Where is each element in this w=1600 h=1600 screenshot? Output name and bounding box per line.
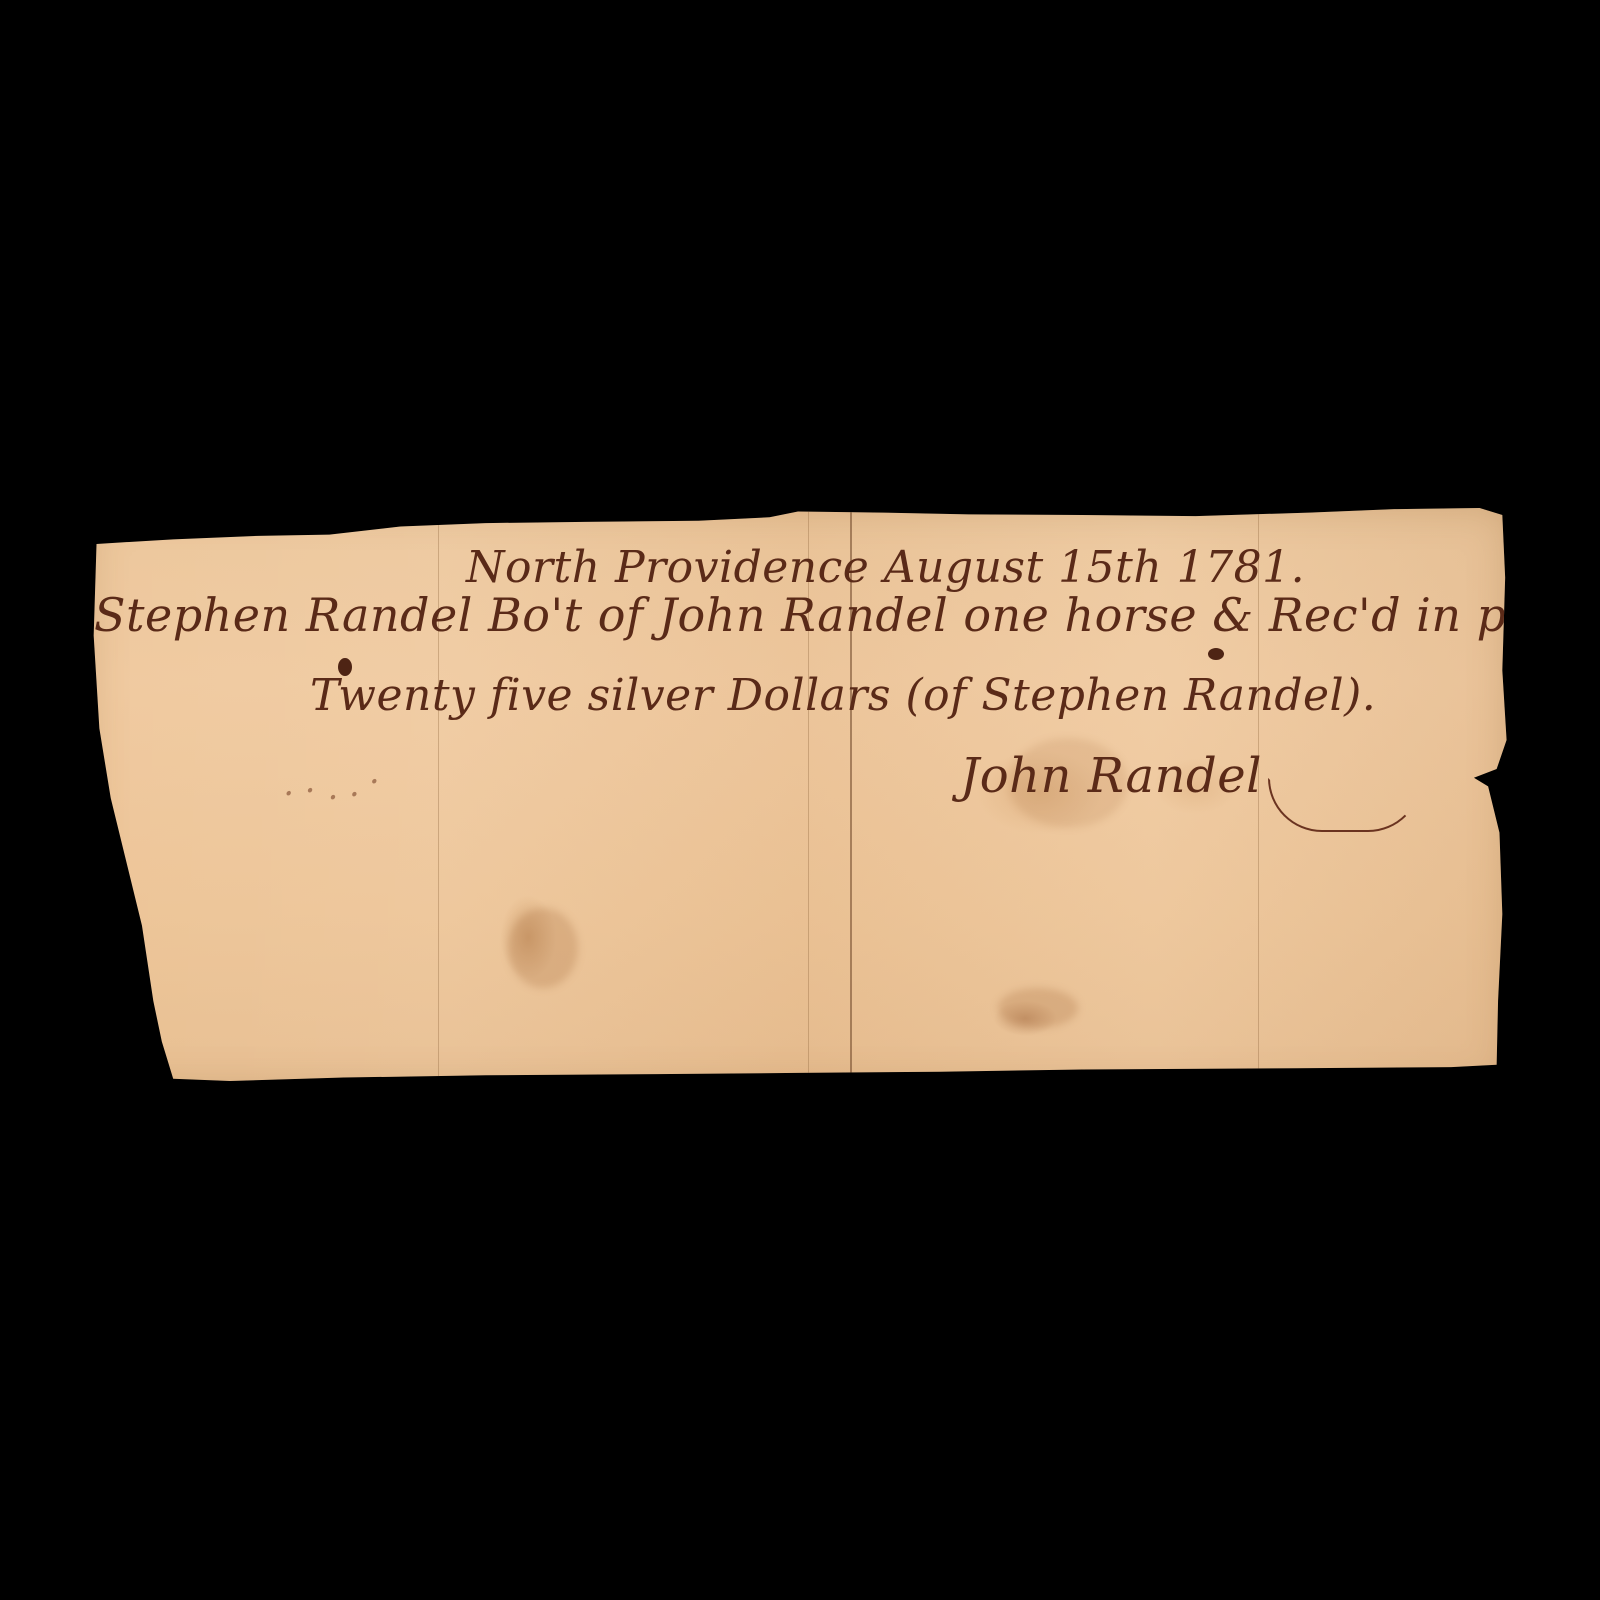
- signature: John Randel: [960, 752, 1262, 800]
- ink-blot: [1208, 648, 1224, 660]
- signature-flourish: [1268, 778, 1422, 832]
- faint-ink-marks: · · . . ·: [281, 761, 383, 814]
- receipt-paper: North Providence August 15th 1781. Steph…: [88, 508, 1508, 1088]
- water-stain: [998, 988, 1078, 1028]
- water-stain: [508, 908, 578, 988]
- photo-stage: North Providence August 15th 1781. Steph…: [0, 0, 1600, 1600]
- receipt-line-1: Stephen Randel Bo't of John Randel one h…: [94, 592, 1600, 638]
- receipt-heading: North Providence August 15th 1781.: [466, 546, 1305, 590]
- receipt-line-2: Twenty five silver Dollars (of Stephen R…: [310, 674, 1376, 718]
